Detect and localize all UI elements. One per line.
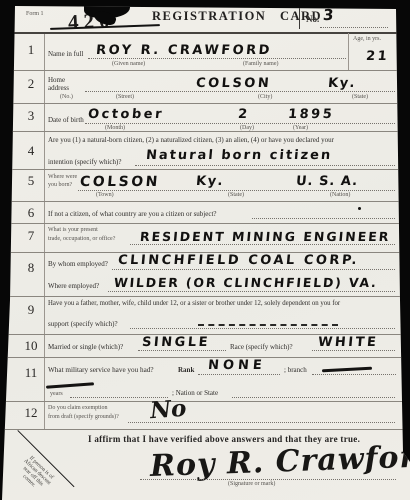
dob-label: Date of birth bbox=[48, 116, 84, 124]
street-sublabel: (Street) bbox=[116, 94, 134, 100]
state-sublabel: (State) bbox=[352, 94, 368, 100]
row4-number: 4 bbox=[16, 143, 46, 159]
row12-number: 12 bbox=[16, 405, 46, 421]
age-column-divider bbox=[348, 33, 349, 70]
citizen-dotted-line bbox=[135, 164, 395, 166]
card-title: REGISTRATION CARD bbox=[152, 9, 322, 24]
where-employed-dotted-line bbox=[108, 290, 395, 292]
trade-label-2: trade, occupation, or office? bbox=[48, 236, 115, 242]
form-number-label: Form 1 bbox=[26, 11, 44, 17]
dependent-question-line2: support (specify which)? bbox=[48, 320, 118, 328]
born-state-answer: Ky. bbox=[195, 174, 225, 189]
nation-sublabel: (Nation) bbox=[330, 192, 350, 198]
dob-month-answer: October bbox=[87, 107, 164, 122]
row8-number: 8 bbox=[16, 260, 46, 276]
age-label: Age, in yrs. bbox=[353, 36, 381, 42]
trade-answer: Resident Mining Engineer bbox=[139, 229, 391, 244]
born-town-answer: Colson bbox=[79, 174, 160, 190]
trade-label-1: What is your present bbox=[48, 227, 98, 233]
serial-no-label: No. bbox=[306, 14, 319, 24]
not-citizen-question: If not a citizen, of what country are yo… bbox=[48, 210, 217, 218]
row11-rule bbox=[3, 401, 404, 402]
serial-no-value: 3 bbox=[322, 6, 337, 24]
dob-dotted-line bbox=[85, 122, 395, 124]
no-sublabel: (No.) bbox=[60, 94, 73, 100]
years-pen-dash bbox=[46, 382, 94, 388]
row12-rule bbox=[3, 429, 404, 430]
row11-number: 11 bbox=[16, 365, 46, 381]
military-question: What military service have you had? bbox=[48, 366, 154, 374]
where-employed-answer: Wilder (or Clinchfield) Va. bbox=[113, 275, 378, 290]
dependent-question-line1: Have you a father, mother, wife, child u… bbox=[48, 300, 340, 307]
row10-number: 10 bbox=[16, 338, 46, 354]
not-citizen-dotted-line bbox=[252, 217, 395, 219]
row3-rule bbox=[3, 131, 404, 132]
exemption-question-line2: from draft (specify grounds)? bbox=[48, 414, 119, 420]
born-label-1: Where were bbox=[48, 174, 77, 180]
name-answer: Roy R. Crawford bbox=[95, 43, 272, 58]
row9-number: 9 bbox=[16, 302, 46, 318]
city-sublabel: (City) bbox=[258, 94, 272, 100]
signature-dotted-line bbox=[140, 478, 396, 480]
branch-label: ; branch bbox=[284, 366, 307, 374]
row4-rule bbox=[3, 169, 404, 170]
row2-number: 2 bbox=[16, 76, 46, 92]
address-state-answer: Ky. bbox=[327, 76, 357, 91]
home-address-label-2: address bbox=[48, 84, 69, 92]
nation-state-dotted-line bbox=[232, 396, 395, 398]
row1-rule bbox=[3, 70, 404, 71]
rank-label: Rank bbox=[178, 366, 194, 374]
header-rule bbox=[3, 32, 404, 34]
serial-dotted-line bbox=[320, 26, 388, 28]
state-sublabel-2: (State) bbox=[228, 192, 244, 198]
race-question: Race (specify which)? bbox=[230, 343, 293, 351]
married-answer: Single bbox=[141, 335, 210, 350]
rank-answer: None bbox=[207, 358, 266, 373]
branch-dotted-line bbox=[312, 373, 396, 375]
married-question: Married or single (which)? bbox=[48, 343, 123, 351]
registration-card: Form 1 420 REGISTRATION CARD No. 3 Age, … bbox=[0, 0, 410, 500]
employer-question: By whom employed? bbox=[48, 260, 108, 268]
branch-pen-dash bbox=[322, 367, 372, 373]
years-label: years bbox=[50, 391, 63, 397]
family-name-sublabel: (Family name) bbox=[243, 61, 279, 67]
citizen-answer: Natural born citizen bbox=[145, 148, 332, 163]
exemption-answer: No bbox=[149, 395, 187, 424]
where-employed-question: Where employed? bbox=[48, 282, 99, 290]
header-divider bbox=[299, 7, 300, 29]
row7-number: 7 bbox=[16, 228, 46, 244]
born-nation-answer: U. S. A. bbox=[295, 174, 358, 189]
scanned-photo: Form 1 420 REGISTRATION CARD No. 3 Age, … bbox=[0, 0, 410, 500]
row1-number: 1 bbox=[16, 42, 46, 58]
given-name-sublabel: (Given name) bbox=[112, 61, 145, 67]
citizen-question-line1: Are you (1) a natural-born citizen, (2) … bbox=[48, 136, 334, 144]
pen-dash-line bbox=[198, 324, 338, 326]
signature-sublabel: (Signature or mark) bbox=[228, 481, 275, 487]
dependent-dotted-line bbox=[130, 327, 395, 329]
row2-rule bbox=[3, 103, 404, 104]
age-value: 21 bbox=[365, 49, 389, 64]
address-city-answer: Colson bbox=[195, 76, 271, 91]
born-label-2: you born? bbox=[48, 182, 72, 188]
row5-number: 5 bbox=[16, 173, 46, 189]
citizen-question-line2: intention (specify which)? bbox=[48, 158, 121, 166]
race-answer: White bbox=[317, 335, 379, 350]
row10-rule bbox=[3, 357, 404, 358]
rank-dotted-line bbox=[198, 373, 280, 375]
employer-dotted-line bbox=[112, 268, 395, 270]
dob-day-answer: 2 bbox=[237, 107, 250, 122]
name-label: Name in full bbox=[48, 50, 83, 58]
home-address-label-1: Home bbox=[48, 76, 65, 84]
dob-year-answer: 1895 bbox=[287, 107, 334, 122]
row6-rule bbox=[3, 223, 404, 224]
pen-dot bbox=[358, 207, 361, 210]
row6-number: 6 bbox=[16, 205, 46, 221]
row5-rule bbox=[3, 201, 404, 202]
employer-answer: Clinchfield Coal Corp. bbox=[117, 253, 359, 268]
exemption-question-line1: Do you claim exemption bbox=[48, 405, 108, 411]
town-sublabel: (Town) bbox=[96, 192, 114, 198]
row3-number: 3 bbox=[16, 108, 46, 124]
row8-rule bbox=[3, 296, 404, 297]
